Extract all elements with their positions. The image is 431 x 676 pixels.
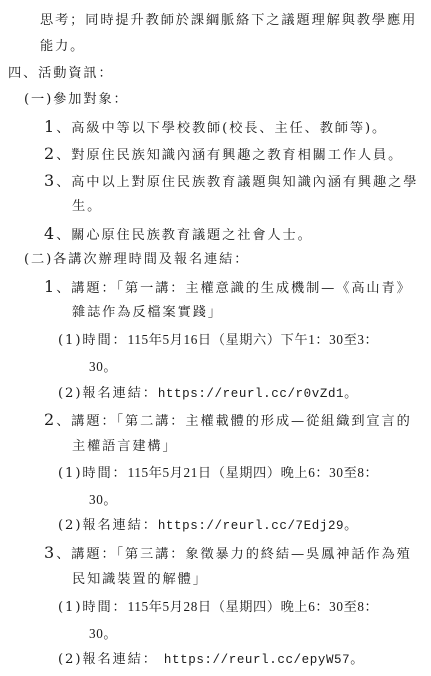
participant-text: 、高中以上對原住民族教育議題與知識內涵有興趣之學 — [56, 175, 418, 190]
list-number: 1 — [44, 277, 54, 296]
list-number: 2 — [44, 410, 54, 429]
lecture-topic-text: 、講題：「第三講：象徵暴力的終結—吳鳳神話作為殖 — [56, 547, 412, 562]
subsection-heading-participants: (一)參加對象： — [24, 91, 129, 109]
time-value: 115年5月28日（星期四）晚上6：30至8： — [128, 599, 379, 614]
registration-label: (2)報名連結： — [58, 652, 164, 667]
lecture-2-time-continuation: 30。 — [89, 491, 117, 509]
document-page: 思考；同時提升教師於課綱脈絡下之議題理解與教學應用 能力。 四、活動資訊： (一… — [0, 0, 431, 676]
time-label: (1)時間： — [58, 600, 128, 615]
lecture-2-topic: 2、講題：「第二講：主權載體的形成—從組織到宣言的 — [44, 411, 412, 431]
period: 。 — [344, 386, 359, 401]
lecture-2-topic-continuation: 主權語言建構」 — [72, 438, 178, 456]
lecture-1-time-continuation: 30。 — [89, 358, 117, 376]
registration-label: (2)報名連結： — [58, 518, 158, 533]
lecture-1-time: (1)時間：115年5月16日（星期六）下午1：30至3： — [58, 331, 378, 350]
list-number: 1 — [44, 117, 54, 136]
lecture-topic-text: 、講題：「第一講：主權意識的生成機制—《高山青》 — [56, 281, 412, 296]
lecture-1-topic: 1、講題：「第一講：主權意識的生成機制—《高山青》 — [44, 278, 412, 298]
registration-link[interactable]: https://reurl.cc/7Edj29 — [158, 519, 344, 533]
list-number: 4 — [44, 224, 54, 243]
lecture-1-registration: (2)報名連結：https://reurl.cc/r0vZd1。 — [58, 385, 359, 403]
lecture-2-time: (1)時間：115年5月21日（星期四）晚上6：30至8： — [58, 464, 378, 483]
lecture-3-registration: (2)報名連結： https://reurl.cc/epyW57。 — [58, 651, 365, 669]
participant-item-2: 2、對原住民族知識內涵有興趣之教育相關工作人員。 — [44, 145, 403, 165]
list-number: 2 — [44, 144, 54, 163]
list-number: 3 — [44, 543, 54, 562]
participant-item-4: 4、關心原住民族教育議題之社會人士。 — [44, 225, 313, 245]
participant-text: 、對原住民族知識內涵有興趣之教育相關工作人員。 — [56, 148, 403, 163]
registration-label: (2)報名連結： — [58, 386, 158, 401]
intro-paragraph-line-1: 思考；同時提升教師於課綱脈絡下之議題理解與教學應用 — [40, 12, 417, 30]
participant-item-3: 3、高中以上對原住民族教育議題與知識內涵有興趣之學 — [44, 172, 418, 192]
lecture-3-topic-continuation: 民知識裝置的解體」 — [72, 571, 208, 589]
period: 。 — [350, 652, 365, 667]
lecture-1-topic-continuation: 雜誌作為反檔案實踐」 — [72, 304, 223, 322]
time-value: 115年5月21日（星期四）晚上6：30至8： — [128, 465, 379, 480]
time-label: (1)時間： — [58, 466, 128, 481]
lecture-2-registration: (2)報名連結：https://reurl.cc/7Edj29。 — [58, 517, 359, 535]
lecture-3-time-continuation: 30。 — [89, 625, 117, 643]
participant-item-1: 1、高級中等以下學校教師(校長、主任、教師等)。 — [44, 118, 387, 138]
lecture-topic-text: 、講題：「第二講：主權載體的形成—從組織到宣言的 — [56, 414, 412, 429]
time-value: 115年5月16日（星期六）下午1：30至3： — [128, 332, 379, 347]
time-label: (1)時間： — [58, 333, 128, 348]
registration-link[interactable]: https://reurl.cc/epyW57 — [164, 653, 350, 667]
registration-link[interactable]: https://reurl.cc/r0vZd1 — [158, 387, 344, 401]
lecture-3-topic: 3、講題：「第三講：象徵暴力的終結—吳鳳神話作為殖 — [44, 544, 412, 564]
subsection-heading-schedule: (二)各講次辦理時間及報名連結： — [24, 251, 249, 269]
participant-text: 、關心原住民族教育議題之社會人士。 — [56, 228, 313, 243]
participant-item-3-continuation: 生。 — [72, 198, 102, 216]
participant-text: 、高級中等以下學校教師(校長、主任、教師等)。 — [56, 121, 387, 136]
intro-paragraph-line-2: 能力。 — [40, 38, 85, 56]
list-number: 3 — [44, 171, 54, 190]
lecture-3-time: (1)時間：115年5月28日（星期四）晚上6：30至8： — [58, 598, 378, 617]
section-heading-activity-info: 四、活動資訊： — [8, 65, 114, 83]
period: 。 — [344, 518, 359, 533]
